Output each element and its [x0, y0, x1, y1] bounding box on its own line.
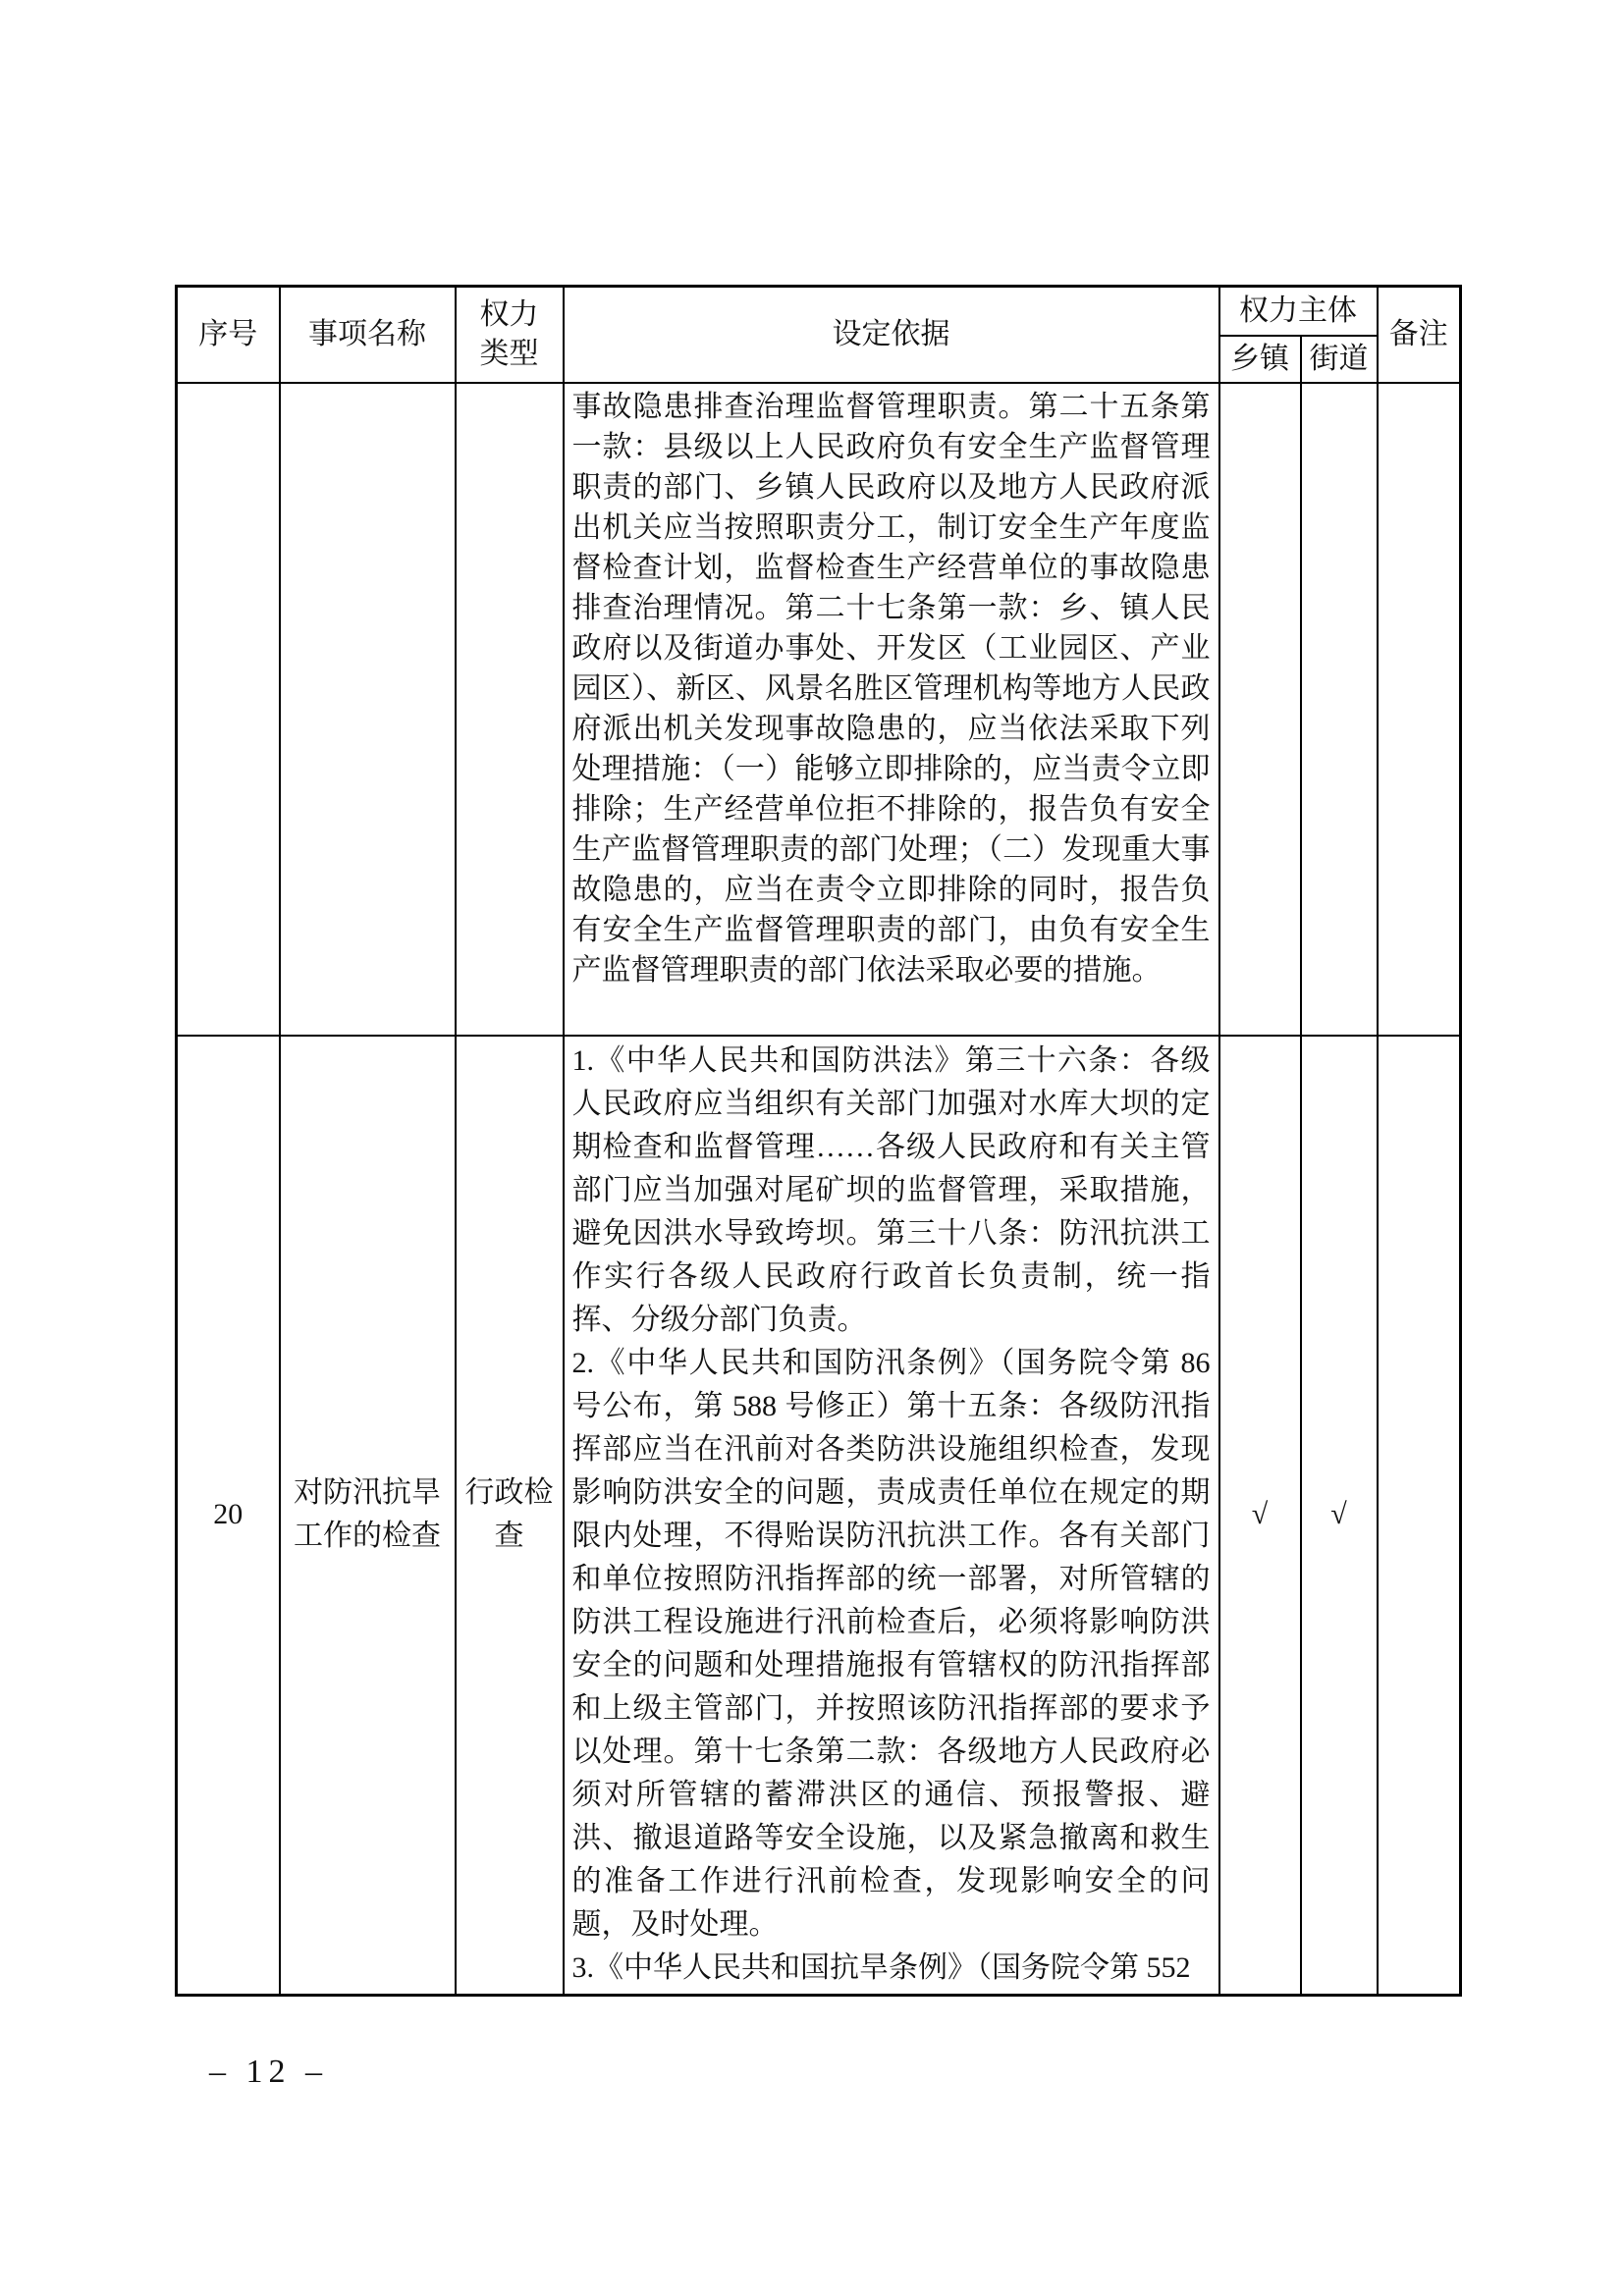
remarks-cell [1378, 383, 1461, 1036]
basis-paragraph: 1.《中华人民共和国防洪法》第三十六条：各级人民政府应当组织有关部门加强对水库大… [572, 1040, 1211, 1342]
serial-cell [177, 383, 280, 1036]
item-name-cell [280, 383, 456, 1036]
header-basis: 设定依据 [564, 287, 1219, 383]
check-mark: √ [1252, 1498, 1268, 1530]
document-page: 序号 事项名称 权力 类型 设定依据 权力主体 备注 乡镇 街道 [0, 0, 1624, 2296]
header-power-type-line1: 权力 [457, 295, 563, 335]
check-mark: √ [1330, 1498, 1346, 1530]
item-name-cell: 对防汛抗旱工作的检查 [280, 1036, 456, 1996]
street-check-cell [1301, 383, 1378, 1036]
header-item-name: 事项名称 [280, 287, 456, 383]
header-serial: 序号 [177, 287, 280, 383]
serial-cell: 20 [177, 1036, 280, 1996]
basis-text: 事故隐患排查治理监督管理职责。第二十五条第一款：县级以上人民政府负有安全生产监督… [572, 387, 1211, 1033]
basis-paragraph: 2.《中华人民共和国防汛条例》（国务院令第 86 号公布，第 588 号修正）第… [572, 1342, 1211, 1947]
remarks-cell [1378, 1036, 1461, 1996]
page-number: – 12 – [209, 2054, 328, 2091]
table-row-continuation: 事故隐患排查治理监督管理职责。第二十五条第一款：县级以上人民政府负有安全生产监督… [177, 383, 1461, 1036]
township-check-cell [1219, 383, 1301, 1036]
header-power-type: 权力 类型 [456, 287, 564, 383]
power-list-table: 序号 事项名称 权力 类型 设定依据 权力主体 备注 乡镇 街道 [175, 285, 1462, 1997]
basis-paragraph: 3.《中华人民共和国抗旱条例》（国务院令第 552 [572, 1947, 1211, 1990]
township-check-cell: √ [1219, 1036, 1301, 1996]
header-remarks: 备注 [1378, 287, 1461, 383]
street-check-cell: √ [1301, 1036, 1378, 1996]
table-row-item-20: 20 对防汛抗旱工作的检查 行政检查 1.《中华人民共和国防洪法》第三十六条：各… [177, 1036, 1461, 1996]
basis-text: 1.《中华人民共和国防洪法》第三十六条：各级人民政府应当组织有关部门加强对水库大… [572, 1040, 1211, 1994]
basis-cell: 1.《中华人民共和国防洪法》第三十六条：各级人民政府应当组织有关部门加强对水库大… [564, 1036, 1219, 1996]
header-row: 序号 事项名称 权力 类型 设定依据 权力主体 备注 [177, 287, 1461, 336]
power-type-cell: 行政检查 [456, 1036, 564, 1996]
header-township: 乡镇 [1219, 336, 1301, 383]
header-power-type-line2: 类型 [457, 335, 563, 374]
header-street: 街道 [1301, 336, 1378, 383]
basis-cell: 事故隐患排查治理监督管理职责。第二十五条第一款：县级以上人民政府负有安全生产监督… [564, 383, 1219, 1036]
basis-paragraph: 事故隐患排查治理监督管理职责。第二十五条第一款：县级以上人民政府负有安全生产监督… [572, 387, 1211, 990]
header-power-subject: 权力主体 [1219, 287, 1378, 336]
power-type-cell [456, 383, 564, 1036]
